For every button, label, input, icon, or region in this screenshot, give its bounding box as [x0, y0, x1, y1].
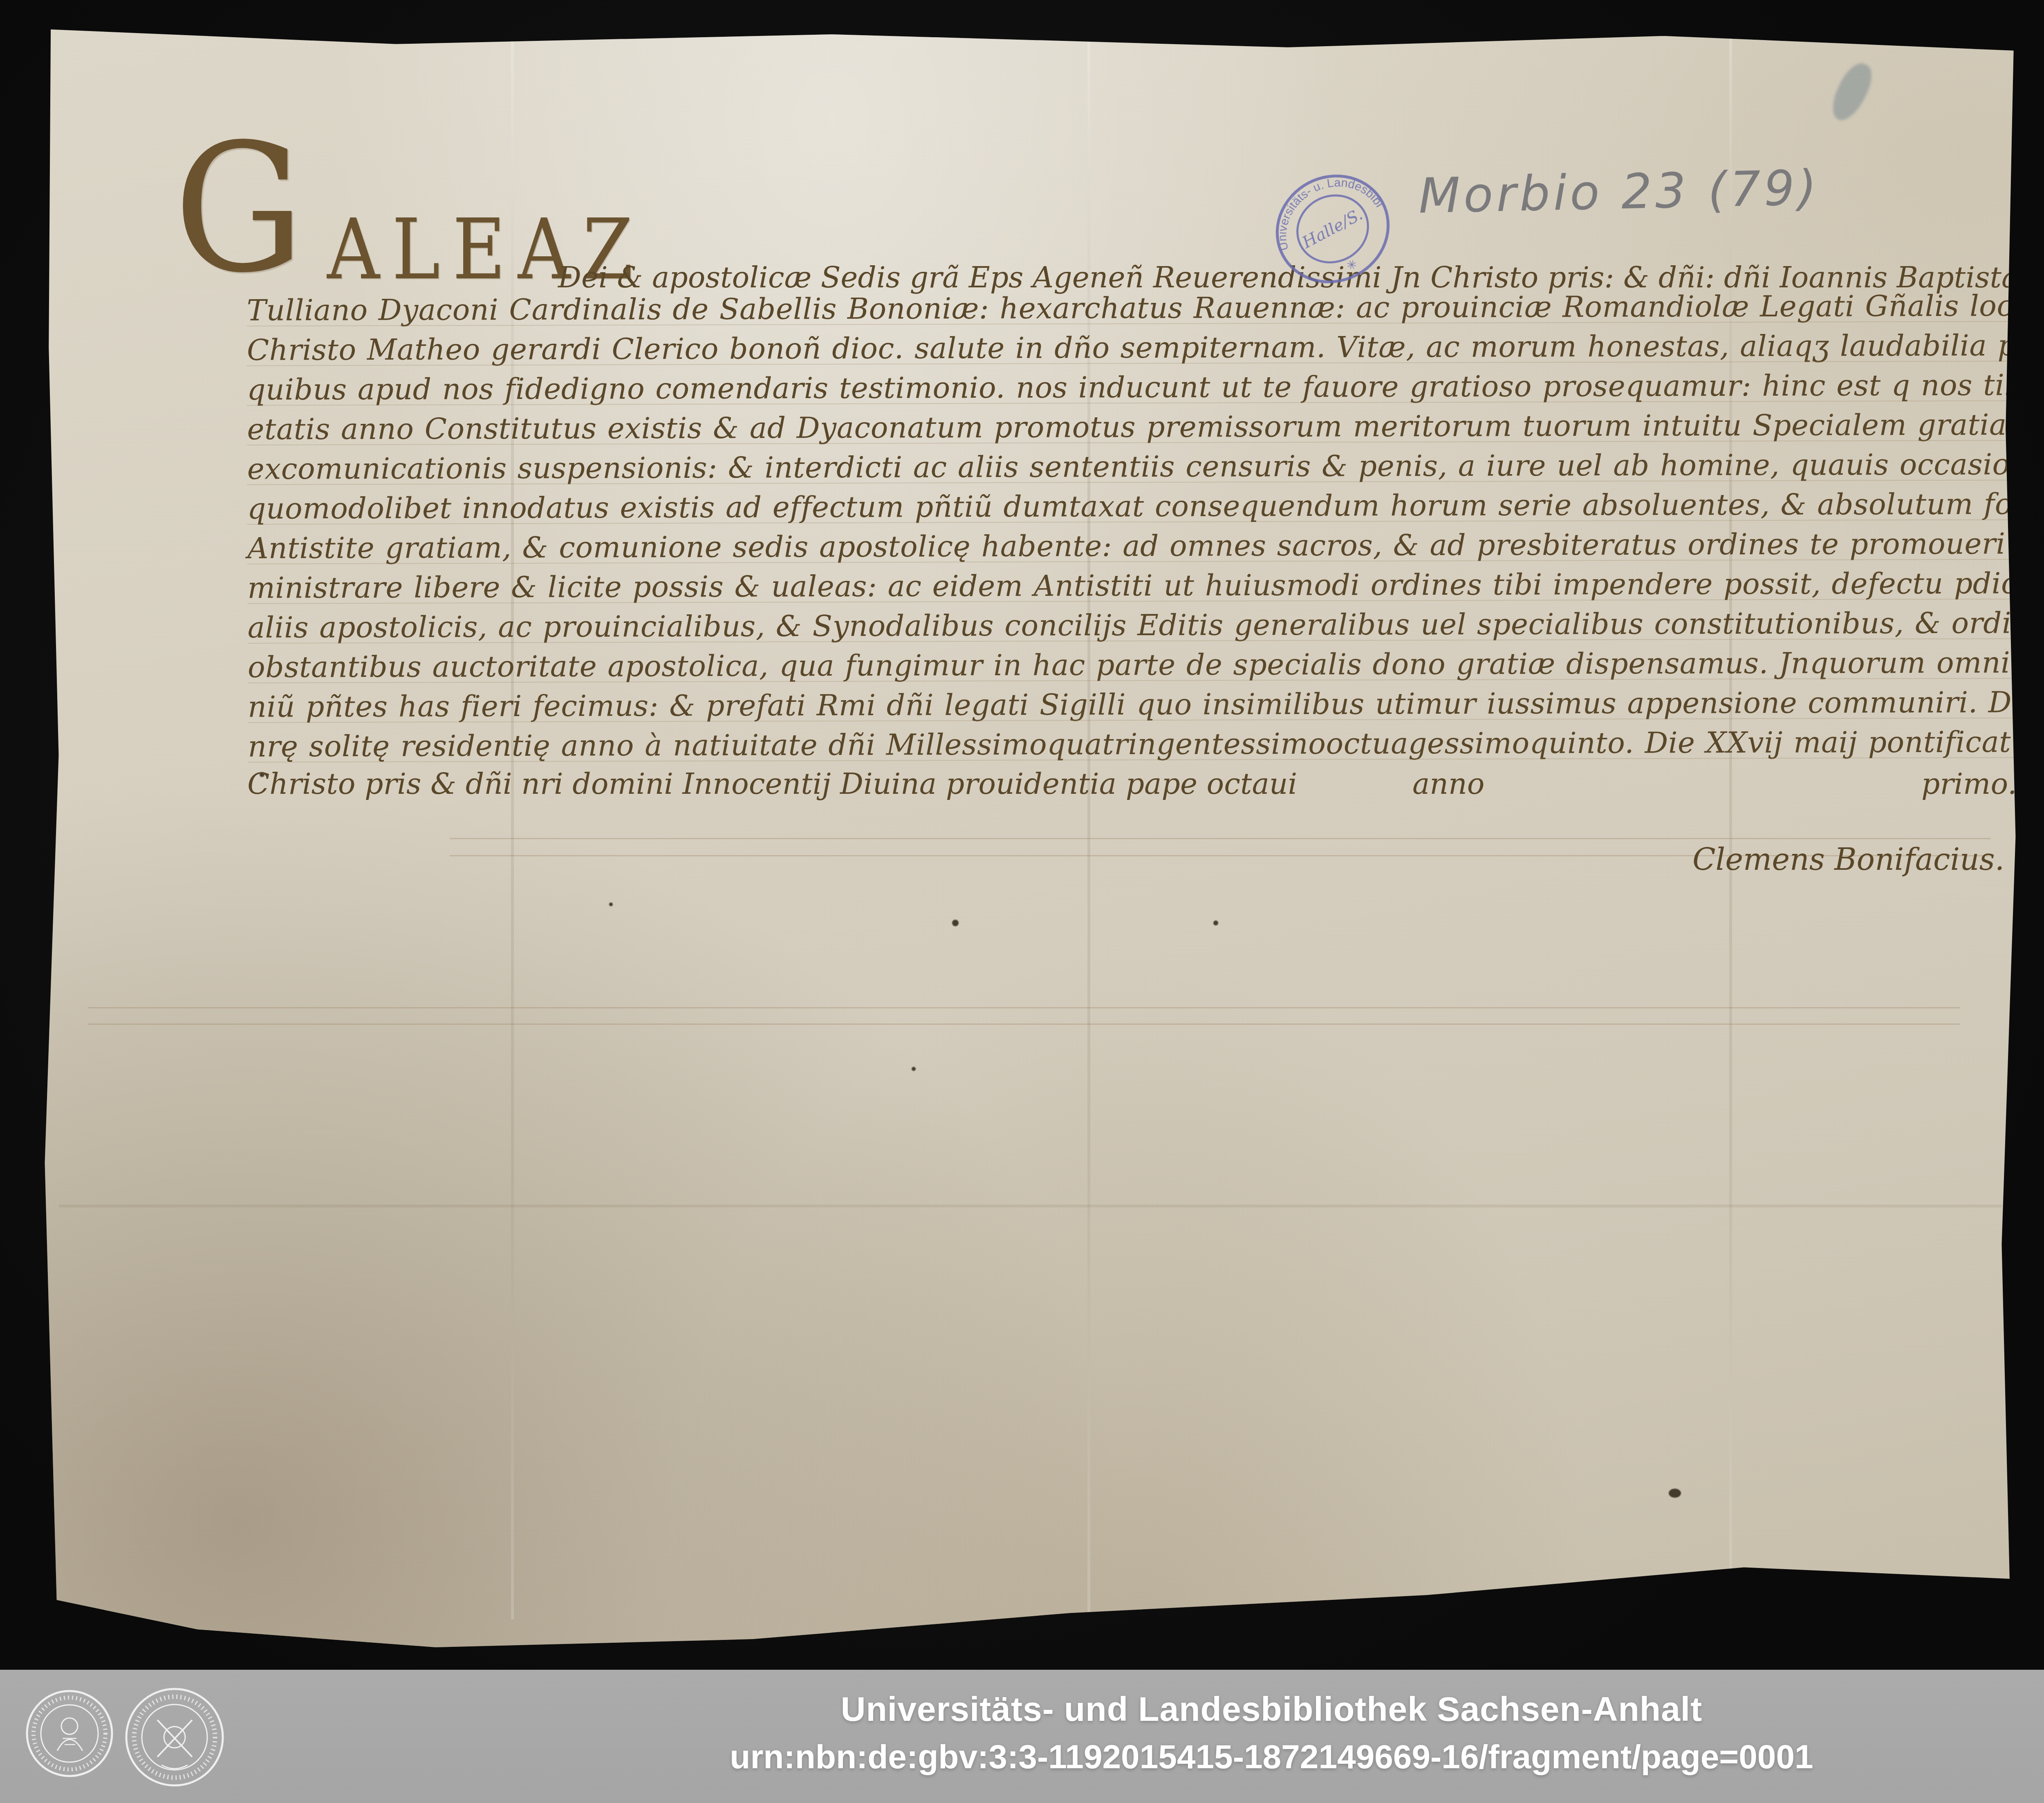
manuscript-line: ministrare libere & licite possis & uale…	[247, 566, 2024, 610]
signature-clemens-bonifacius: Clemens Bonifacius.	[1692, 842, 2004, 877]
ink-blot	[912, 1067, 916, 1071]
ruling-line	[450, 838, 1991, 839]
manuscript-line: etatis anno Constitutus existis & ad Dya…	[247, 408, 2023, 452]
manuscript-line: nrę solitę residentię anno à natiuitate …	[248, 725, 2024, 769]
ink-blot	[952, 920, 959, 926]
manuscript-line: obstantibus auctoritate apostolica, qua …	[248, 645, 2024, 690]
ink-blot	[1669, 1489, 1681, 1498]
ink-blot	[1213, 921, 1218, 925]
manuscript-line: aliis apostolicis, ac prouincialibus, & …	[248, 606, 2024, 650]
ink-blot	[609, 903, 613, 906]
manuscript-line: Tulliano Dyaconi Cardinalis de Sabellis …	[247, 289, 2023, 333]
parchment-document: G ALEAZ Dei & apostolicæ Sedis grã Eps A…	[39, 21, 2022, 1652]
footer-captions: Universitäts- und Landesbibliothek Sachs…	[0, 1689, 2044, 1776]
manuscript-closing-line: Christo pris & dñi nri domini Innocentij…	[247, 767, 2044, 806]
manuscript-line: Christo Matheo gerardi Clerico bonoñ dio…	[247, 328, 2023, 372]
gray-stain	[1827, 58, 1878, 126]
manuscript-line: quibus apud nos fidedigno comendaris tes…	[247, 368, 2023, 412]
manuscript-line: quomodolibet innodatus existis ad effect…	[247, 487, 2024, 531]
manuscript-line: excomunicationis suspensionis: & interdi…	[247, 447, 2023, 491]
closing-primo: primo.	[1921, 767, 2017, 801]
fold-crease	[59, 1205, 2002, 1207]
manuscript-line: niũ pñtes has fieri fecimus: & prefati R…	[248, 685, 2024, 729]
ruling-line	[88, 1007, 1960, 1008]
manuscript-line: Antistite gratiam, & comunione sedis apo…	[247, 526, 2024, 571]
closing-text: Christo pris & dñi nri domini Innocentij…	[247, 767, 1297, 801]
stamp-center-text: Halle/S.	[1299, 205, 1366, 252]
manuscript-lines: Tulliano Dyaconi Cardinalis de Sabellis …	[247, 289, 2024, 769]
urn-identifier: urn:nbn:de:gbv:3:3-1192015415-1872149669…	[0, 1738, 2044, 1776]
ruling-line	[88, 1024, 1960, 1025]
library-name: Universitäts- und Landesbibliothek Sachs…	[0, 1689, 2044, 1729]
pencil-shelfmark: Morbio 23 (79)	[1418, 159, 1820, 224]
illuminated-initial: G	[174, 139, 305, 280]
footer-bar: Universitäts- und Landesbibliothek Sachs…	[0, 1670, 2044, 1803]
closing-anno: anno	[1412, 767, 1485, 801]
